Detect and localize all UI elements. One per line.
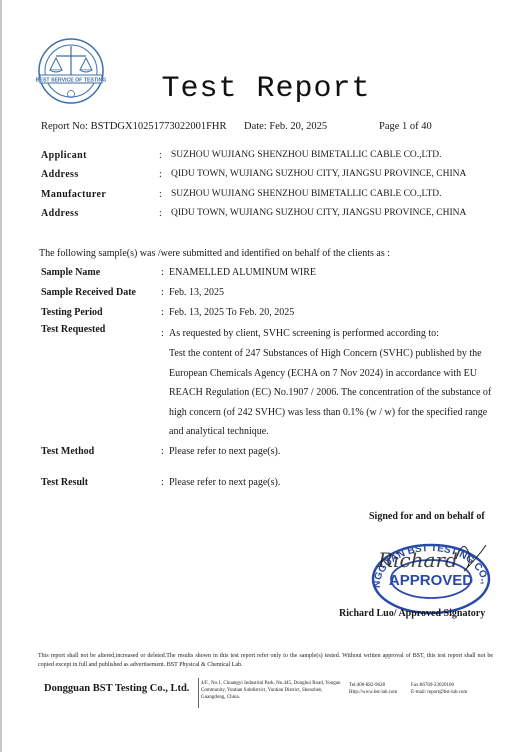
field-value: ENAMELLED ALUMINUM WIRE [169, 267, 316, 278]
colon: : [159, 189, 162, 200]
colon: : [159, 150, 162, 161]
colon: : [159, 208, 162, 219]
field-value: Feb. 13, 2025 To Feb. 20, 2025 [169, 307, 294, 318]
field-value: SUZHOU WUJIANG SHENZHOU BIMETALLIC CABLE… [171, 189, 442, 199]
footer-divider [198, 678, 199, 708]
colon: : [161, 446, 164, 457]
svg-text:APPROVED: APPROVED [389, 572, 473, 589]
field-label: Testing Period [41, 307, 103, 318]
field-label: Address [41, 208, 79, 219]
page-indicator: Page 1 of 40 [379, 121, 432, 132]
page-left-border [0, 0, 2, 752]
intro-text: The following sample(s) was /were submit… [39, 248, 390, 259]
footer-fax: Fax:86769-23020106 [411, 682, 467, 689]
footer-contact-2: Fax:86769-23020106 E-mail: report@bst-la… [411, 682, 467, 696]
signatory-name: Richard Luo/ Approved Signatory [339, 608, 485, 619]
signed-for-label: Signed for and on behalf of [369, 511, 485, 522]
field-label: Applicant [41, 150, 87, 161]
footer-disclaimer: This report shall not be altered,increas… [38, 652, 493, 670]
test-requested-detail: Test the content of 247 Substances of Hi… [169, 344, 499, 442]
field-label: Sample Received Date [41, 287, 136, 298]
field-label: Test Method [41, 446, 94, 457]
field-value: QIDU TOWN, WUJIANG SUZHOU CITY, JIANGSU … [171, 169, 466, 179]
field-value: As requested by client, SVHC screening i… [169, 328, 439, 339]
colon: : [159, 169, 162, 180]
field-value: SUZHOU WUJIANG SHENZHOU BIMETALLIC CABLE… [171, 150, 442, 160]
footer-company: Dongguan BST Testing Co., Ltd. [44, 683, 189, 694]
field-label: Test Result [41, 477, 88, 488]
footer-web-link[interactable]: Http://www.bst-lab.com [349, 689, 397, 696]
field-value: QIDU TOWN, WUJIANG SUZHOU CITY, JIANGSU … [171, 208, 466, 218]
field-value: Feb. 13, 2025 [169, 287, 224, 298]
colon: : [161, 477, 164, 488]
page-title: Test Report [0, 72, 532, 106]
footer-address: 4/F., No.1, Chuangyi Industrial Park, No… [201, 680, 341, 701]
footer-email-link[interactable]: E-mail: report@bst-lab.com [411, 689, 467, 696]
svg-text:Richard: Richard [377, 548, 458, 572]
report-number: Report No: BSTDGX10251773022001FHR [41, 121, 227, 132]
field-value: Please refer to next page(s). [169, 477, 280, 488]
colon: : [161, 328, 164, 339]
colon: : [161, 307, 164, 318]
colon: : [161, 267, 164, 278]
footer-tel: Tel:400-882-9628 [349, 682, 397, 689]
field-label: Address [41, 169, 79, 180]
colon: : [161, 287, 164, 298]
approved-stamp-icon: DONGGUAN BST TESTING CO.,LTD APPROVED Ri… [368, 537, 494, 615]
field-label: Test Requested [41, 324, 105, 335]
field-label: Manufacturer [41, 189, 106, 200]
field-label: Sample Name [41, 267, 100, 278]
field-value: Please refer to next page(s). [169, 446, 280, 457]
footer-contact-1: Tel:400-882-9628 Http://www.bst-lab.com [349, 682, 397, 696]
report-date: Date: Feb. 20, 2025 [244, 121, 327, 132]
